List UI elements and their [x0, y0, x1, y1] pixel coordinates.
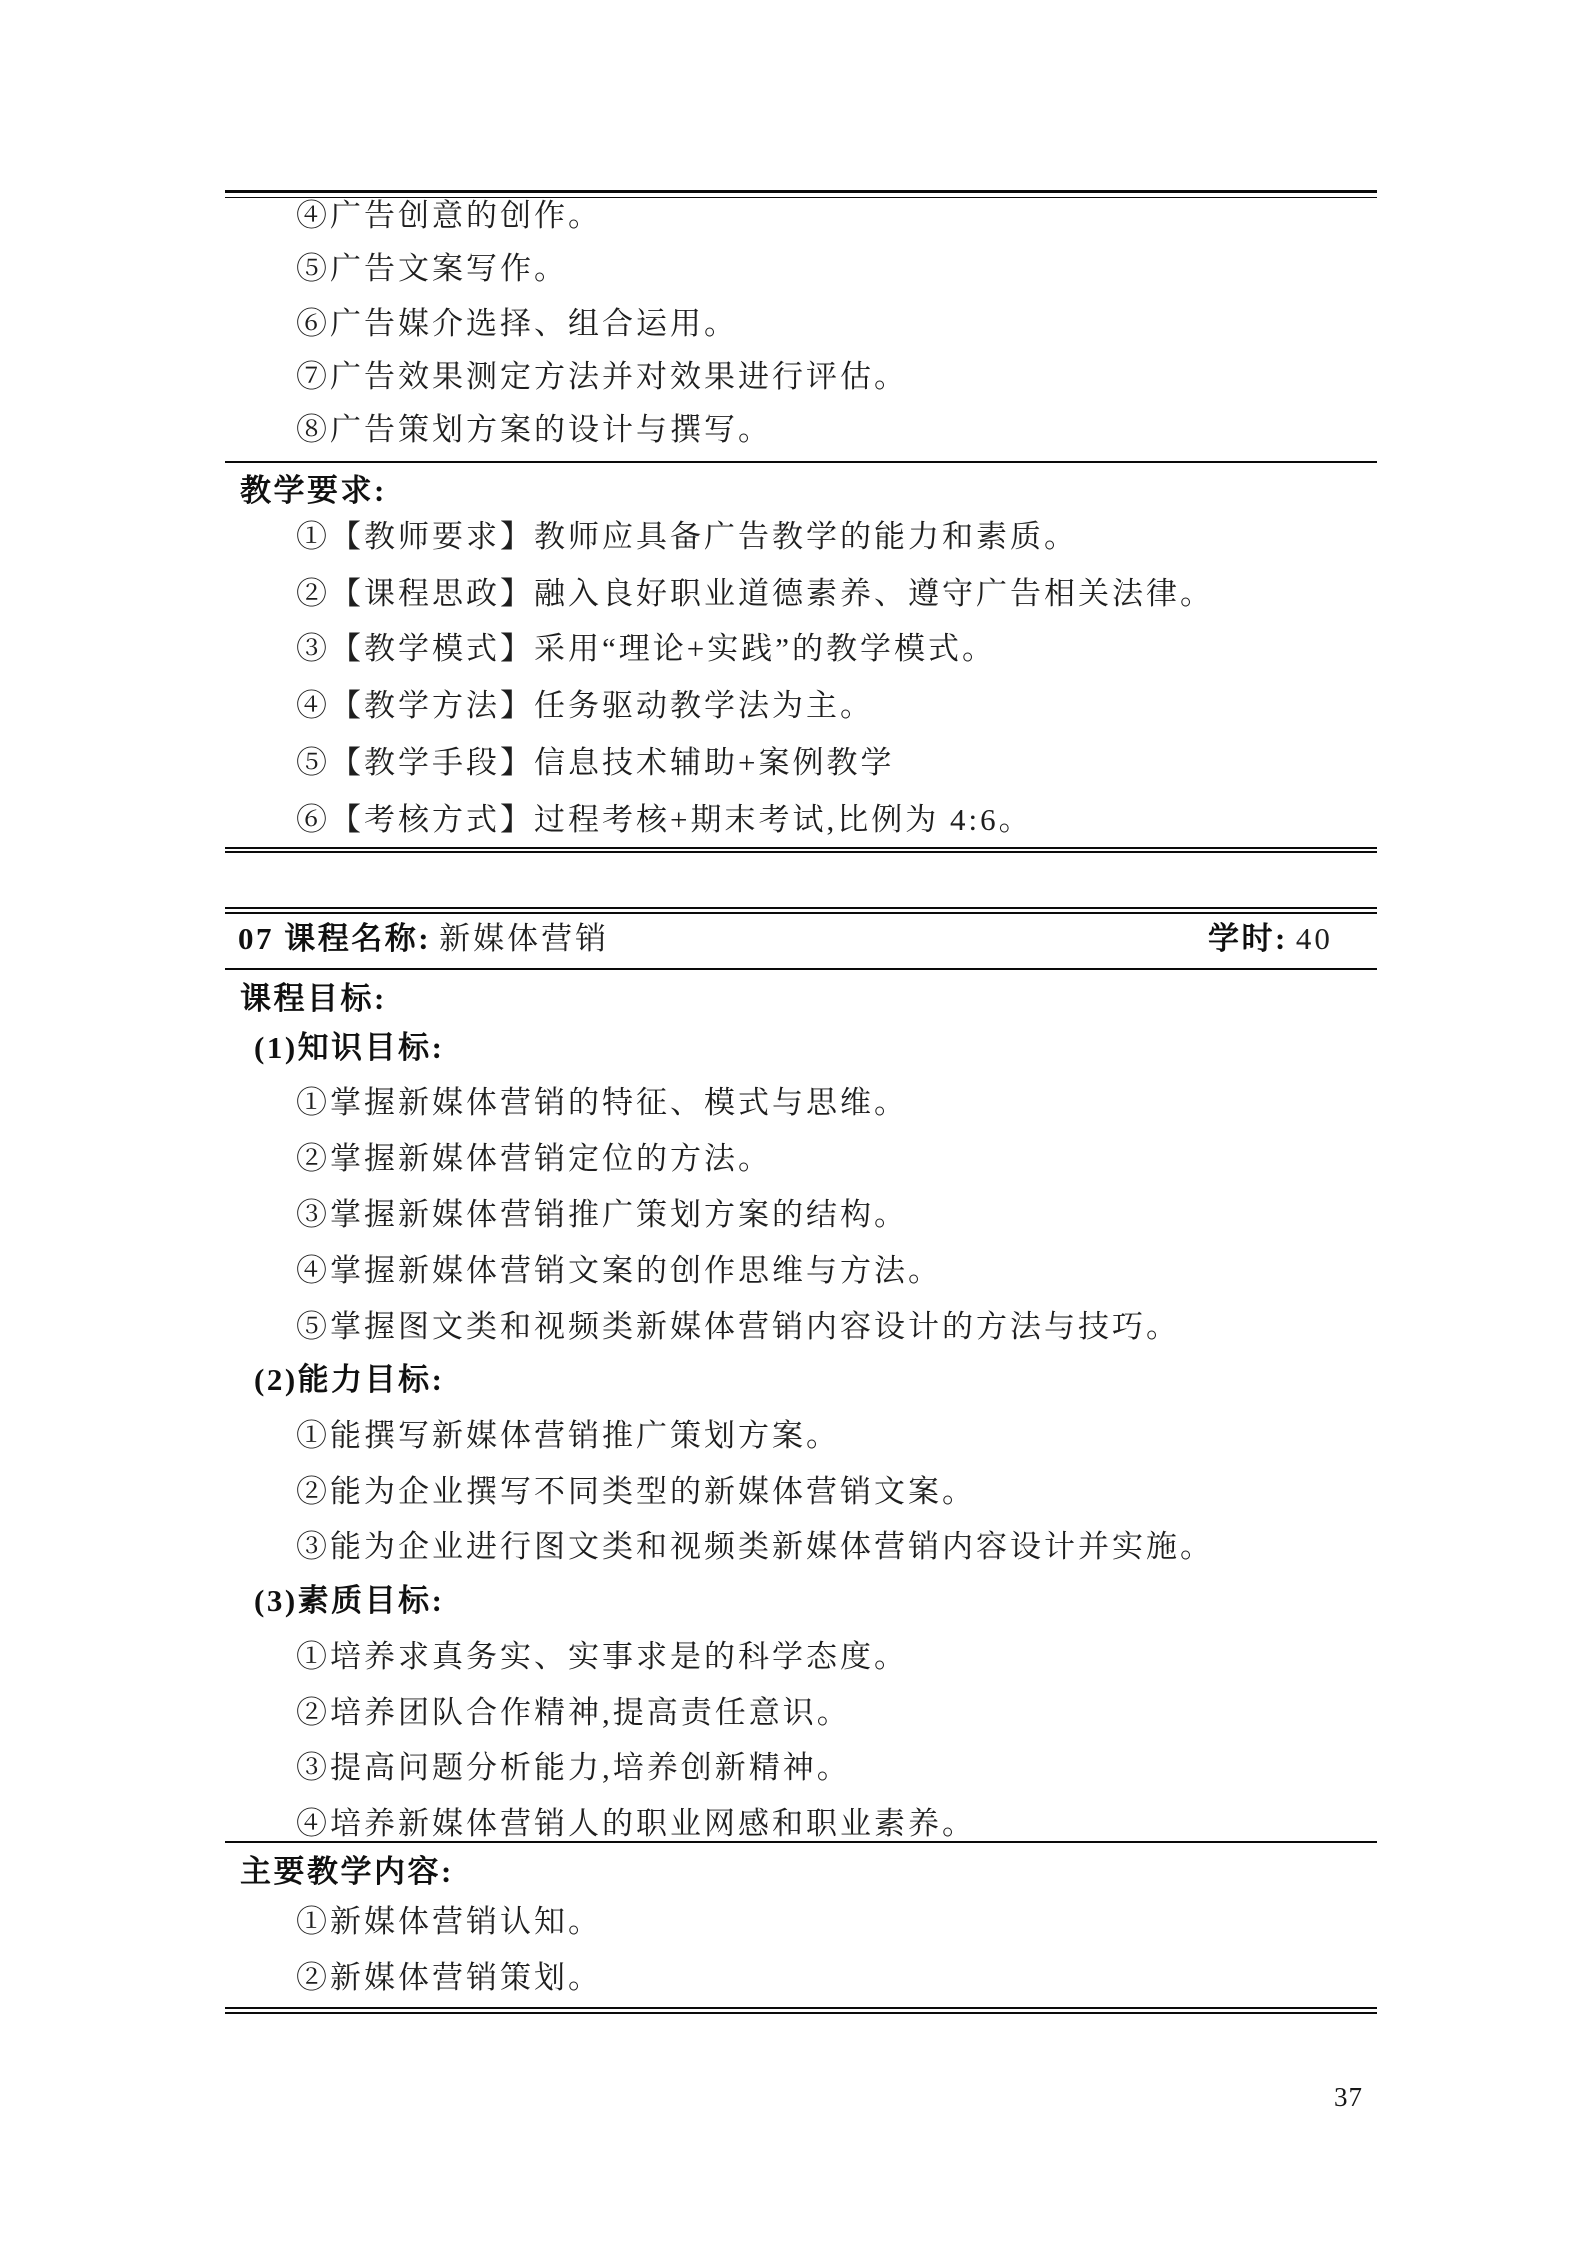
list-item: ①【教师要求】教师应具备广告教学的能力和素质。: [296, 518, 1078, 555]
table2-bottom-border-inner: [225, 2012, 1377, 2014]
course-hours: 学时:40: [1208, 920, 1333, 957]
list-item: ③【教学模式】采用“理论+实践”的教学模式。: [296, 630, 996, 667]
table2-row-divider: [225, 1841, 1377, 1843]
list-item: ②能为企业撰写不同类型的新媒体营销文案。: [296, 1473, 976, 1510]
section-heading-main-content: 主要教学内容:: [240, 1853, 454, 1890]
table1-row-divider: [225, 461, 1377, 463]
page-number: 37: [1334, 2082, 1363, 2113]
list-item: ⑤【教学手段】信息技术辅助+案例教学: [296, 744, 894, 781]
list-item: ②新媒体营销策划。: [296, 1959, 602, 1996]
table1-bottom-border-outer: [225, 847, 1377, 849]
hours-label: 学时:: [1208, 921, 1288, 956]
list-item: ①掌握新媒体营销的特征、模式与思维。: [296, 1084, 908, 1121]
list-item: ⑦广告效果测定方法并对效果进行评估。: [296, 358, 908, 395]
list-item: ④培养新媒体营销人的职业网感和职业素养。: [296, 1805, 976, 1842]
list-item: ⑧广告策划方案的设计与撰写。: [296, 411, 772, 448]
list-item: ②培养团队合作精神,提高责任意识。: [296, 1694, 851, 1731]
list-item: ②掌握新媒体营销定位的方法。: [296, 1140, 772, 1177]
subsection-heading-quality: (3)素质目标:: [254, 1582, 444, 1619]
list-item: ②【课程思政】融入良好职业道德素养、遵守广告相关法律。: [296, 575, 1214, 612]
list-item: ④广告创意的创作。: [296, 197, 602, 234]
section-heading-course-objectives: 课程目标:: [240, 980, 387, 1017]
list-item: ④掌握新媒体营销文案的创作思维与方法。: [296, 1252, 942, 1289]
list-item: ⑥【考核方式】过程考核+期末考试,比例为 4:6。: [296, 801, 1033, 838]
subsection-heading-ability: (2)能力目标:: [254, 1361, 444, 1398]
list-item: ③提高问题分析能力,培养创新精神。: [296, 1749, 851, 1786]
table2-header-divider: [225, 968, 1377, 970]
list-item: ⑤广告文案写作。: [296, 250, 568, 287]
subsection-heading-knowledge: (1)知识目标:: [254, 1029, 444, 1066]
list-item: ⑤掌握图文类和视频类新媒体营销内容设计的方法与技巧。: [296, 1308, 1180, 1345]
table2-top-border-outer: [225, 907, 1377, 909]
course-number-label: 07 课程名称:: [238, 921, 431, 956]
list-item: ①新媒体营销认知。: [296, 1903, 602, 1940]
list-item: ①培养求真务实、实事求是的科学态度。: [296, 1638, 908, 1675]
list-item: ④【教学方法】任务驱动教学法为主。: [296, 687, 874, 724]
list-item: ①能撰写新媒体营销推广策划方案。: [296, 1417, 840, 1454]
list-item: ③掌握新媒体营销推广策划方案的结构。: [296, 1196, 908, 1233]
table2-bottom-border-outer: [225, 2007, 1377, 2009]
document-page: ④广告创意的创作。 ⑤广告文案写作。 ⑥广告媒介选择、组合运用。 ⑦广告效果测定…: [0, 0, 1587, 2245]
hours-value: 40: [1296, 921, 1333, 956]
table2-top-border-inner: [225, 912, 1377, 914]
table1-top-border-outer: [225, 190, 1377, 193]
list-item: ③能为企业进行图文类和视频类新媒体营销内容设计并实施。: [296, 1528, 1214, 1565]
list-item: ⑥广告媒介选择、组合运用。: [296, 305, 738, 342]
section-heading-teaching-requirements: 教学要求:: [240, 472, 387, 509]
course-name: 新媒体营销: [439, 921, 609, 956]
table1-bottom-border-inner: [225, 851, 1377, 853]
course-header: 07 课程名称:新媒体营销: [238, 920, 609, 957]
